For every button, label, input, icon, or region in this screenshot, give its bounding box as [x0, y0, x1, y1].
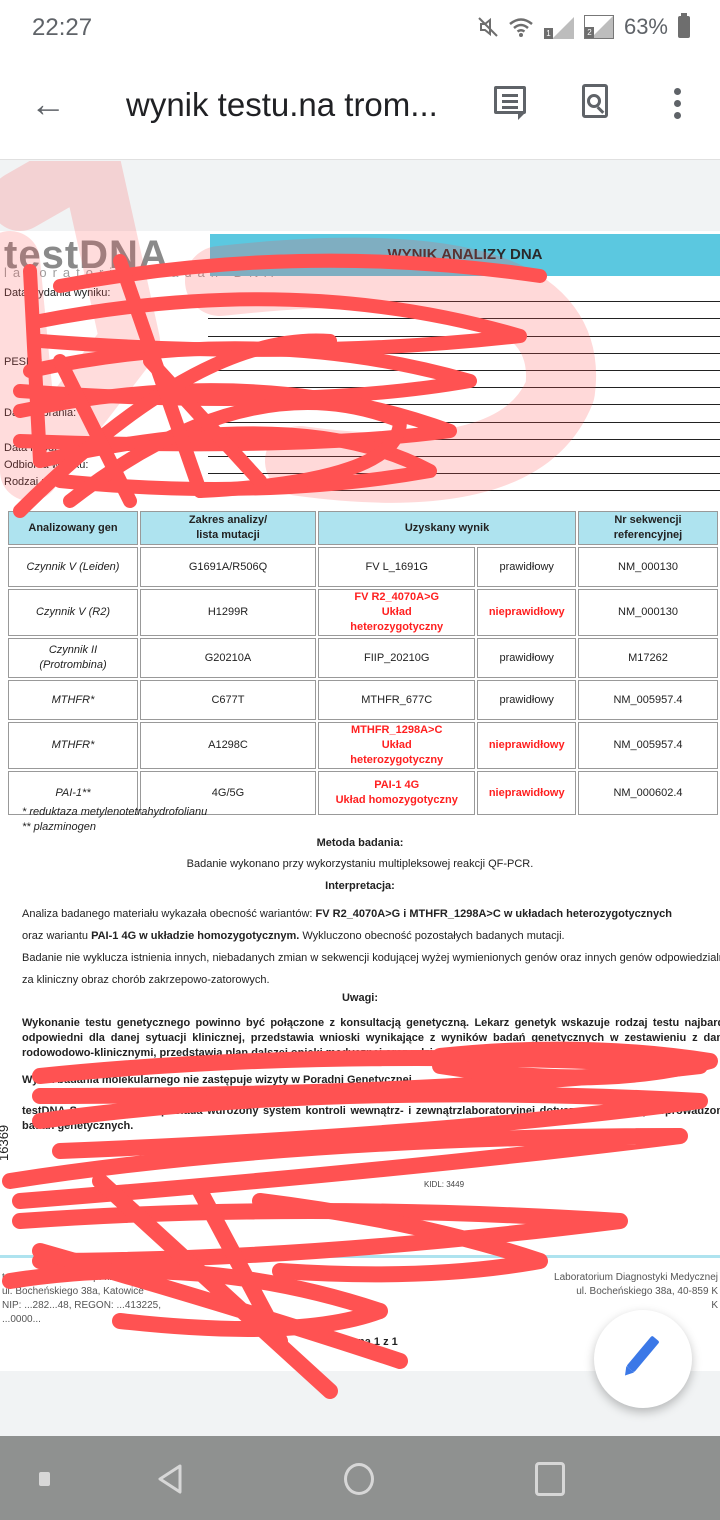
variant-cell: FV R2_4070A>G Układ heterozygotyczny: [318, 589, 475, 636]
variant-cell: MTHFR_1298A>C Układ heterozygotyczny: [318, 722, 475, 769]
signal-sim2-icon: 2: [584, 15, 614, 39]
clock: 22:27: [32, 14, 92, 42]
patient-metadata: Data wydania wyniku: PESEL: Data pobrani…: [0, 285, 720, 491]
text-span: oraz wariantu: [22, 930, 91, 942]
footer-lab-info: Laboratorium Diagnostyki Medycznej ul. B…: [554, 1271, 718, 1313]
status-bar: 22:27 1 2 63%: [0, 0, 720, 56]
variant-cell: FV L_1691G: [318, 547, 475, 587]
footnote: ** plazminogen: [22, 820, 207, 835]
variant-cell: FIIP_20210G: [318, 638, 475, 678]
signal-sim1-icon: 1: [544, 15, 574, 39]
remarks-paragraph-1: Wykonanie testu genetycznego powinno być…: [22, 1016, 720, 1061]
meta-label: Odbiorca wyniku:: [4, 459, 88, 471]
pdf-viewer[interactable]: testDNA laboratorium badań DNA WYNIK ANA…: [0, 161, 720, 1436]
reference-cell: NM_005957.4: [578, 722, 718, 769]
range-cell: H1299R: [140, 589, 316, 636]
gene-cell: Czynnik V (R2): [8, 589, 138, 636]
range-cell: G20210A: [140, 638, 316, 678]
system-navigation-bar: [0, 1436, 720, 1520]
battery-icon: [678, 16, 690, 38]
footer-line: testDNA Sp. z o.o. Sp. k.: [2, 1271, 161, 1285]
interpretation-paragraph-1: Analiza badanego materiału wykazała obec…: [22, 903, 720, 947]
reference-cell: M17262: [578, 638, 718, 678]
meta-label: Rodzaj materiału:: [4, 476, 90, 488]
report-title: WYNIK ANALIZY DNA: [210, 246, 720, 263]
table-row: Czynnik II (Protrombina)G20210AFIIP_2021…: [8, 638, 718, 678]
edit-fab-button[interactable]: [594, 1310, 692, 1408]
app-bar: ← wynik testu.na trom...: [0, 56, 720, 160]
header-gene: Analizowany gen: [8, 511, 138, 545]
table-row: Czynnik V (Leiden)G1691A/R506QFV L_1691G…: [8, 547, 718, 587]
text-span: Wykluczono obecność pozostałych badanych…: [299, 930, 564, 942]
result-cell: prawidłowy: [477, 547, 576, 587]
variant-cell: PAI-1 4G Układ homozygotyczny: [318, 771, 475, 815]
meta-label: Data i godzina wykonania:: [4, 442, 132, 454]
reference-cell: NM_000602.4: [578, 771, 718, 815]
footer-line: ul. Bocheńskiego 38a, Katowice: [2, 1285, 161, 1299]
header-result: Uzyskany wynik: [318, 511, 576, 545]
reference-cell: NM_005957.4: [578, 680, 718, 720]
result-cell: nieprawidłowy: [477, 589, 576, 636]
remarks-paragraph-2: Wynik badania molekularnego nie zastępuj…: [22, 1073, 720, 1088]
meta-label: Data wydania wyniku:: [4, 287, 110, 299]
header-ref-text: Nr sekwencji referencyjnej: [614, 514, 682, 541]
result-cell: nieprawidłowy: [477, 722, 576, 769]
mute-icon: [478, 16, 498, 38]
meta-label: PESEL:: [4, 356, 43, 368]
results-table: Analizowany gen Zakres analizy/ lista mu…: [6, 509, 720, 817]
highlighted-variants: FV R2_4070A>G i MTHFR_1298A>C w układach…: [316, 908, 672, 920]
wifi-icon: [508, 16, 534, 38]
status-icons: 1 2 63%: [478, 14, 690, 40]
footnote: * reduktaza metylenotetrahydrofolianu: [22, 805, 207, 820]
header-range: Zakres analizy/ lista mutacji: [140, 511, 316, 545]
nav-home-icon[interactable]: [344, 1463, 374, 1495]
nav-indicator-icon: [39, 1472, 50, 1486]
pdf-page: testDNA laboratorium badań DNA WYNIK ANA…: [0, 231, 720, 1371]
text-span: Analiza badanego materiału wykazała obec…: [22, 908, 316, 920]
range-cell: C677T: [140, 680, 316, 720]
remarks-paragraph-3: testDNA Sp. z o.o. Sp. k. posiada wdrożo…: [22, 1104, 720, 1134]
edit-pencil-icon: [626, 1335, 659, 1372]
result-cell: prawidłowy: [477, 680, 576, 720]
page-number: Strona 1 z 1: [336, 1336, 398, 1348]
find-in-document-icon[interactable]: [574, 82, 618, 126]
nav-recents-icon[interactable]: [535, 1462, 565, 1496]
variant-cell: MTHFR_677C: [318, 680, 475, 720]
reference-cell: NM_000130: [578, 547, 718, 587]
gene-cell: MTHFR*: [8, 722, 138, 769]
results-table-body: Czynnik V (Leiden)G1691A/R506QFV L_1691G…: [8, 547, 718, 815]
footer-line: ...0000...: [2, 1313, 161, 1327]
meta-label: Data pobrania:: [4, 407, 76, 419]
table-row: MTHFR*A1298CMTHFR_1298A>C Układ heterozy…: [8, 722, 718, 769]
header-ref: Nr sekwencji referencyjnej: [578, 511, 718, 545]
remarks-heading: Uwagi:: [0, 992, 720, 1004]
table-row: Czynnik V (R2)H1299RFV R2_4070A>G Układ …: [8, 589, 718, 636]
footer-line: ul. Bocheńskiego 38a, 40-859 K: [554, 1285, 718, 1299]
result-cell: prawidłowy: [477, 638, 576, 678]
range-cell: A1298C: [140, 722, 316, 769]
table-row: MTHFR*C677TMTHFR_677CprawidłowyNM_005957…: [8, 680, 718, 720]
comment-icon[interactable]: [490, 82, 534, 126]
nav-back-icon[interactable]: [156, 1463, 184, 1495]
report-banner: WYNIK ANALIZY DNA: [210, 234, 720, 276]
interpretation-paragraph-2: Badanie nie wyklucza istnienia innych, n…: [22, 947, 720, 991]
method-heading: Metoda badania:: [0, 837, 720, 849]
more-options-icon[interactable]: [656, 82, 700, 126]
reference-cell: NM_000130: [578, 589, 718, 636]
gene-cell: MTHFR*: [8, 680, 138, 720]
interpretation-heading: Interpretacja:: [0, 880, 720, 892]
result-cell: nieprawidłowy: [477, 771, 576, 815]
battery-percent: 63%: [624, 14, 668, 40]
header-range-text: Zakres analizy/ lista mutacji: [189, 514, 267, 541]
footer-line: NIP: ...282...48, REGON: ...413225,: [2, 1299, 161, 1313]
document-title: wynik testu.na trom...: [126, 86, 438, 124]
gene-cell: Czynnik V (Leiden): [8, 547, 138, 587]
footer-line: Laboratorium Diagnostyki Medycznej: [554, 1271, 718, 1285]
method-text: Badanie wykonano przy wykorzystaniu mult…: [0, 858, 720, 870]
authorized-label: Autoryzowała:: [596, 1133, 665, 1145]
footnotes: * reduktaza metylenotetrahydrofolianu **…: [22, 805, 207, 835]
range-cell: G1691A/R506Q: [140, 547, 316, 587]
gene-cell: Czynnik II (Protrombina): [8, 638, 138, 678]
side-number: 16369: [0, 1125, 11, 1161]
back-arrow-icon[interactable]: ←: [30, 84, 70, 124]
kidl-number: KIDL: 3449: [424, 1180, 464, 1189]
footer-company-info: testDNA Sp. z o.o. Sp. k. ul. Bocheńskie…: [2, 1271, 161, 1327]
highlighted-variant: PAI-1 4G w układzie homozygotycznym.: [91, 930, 299, 942]
footer-divider: [0, 1255, 720, 1258]
